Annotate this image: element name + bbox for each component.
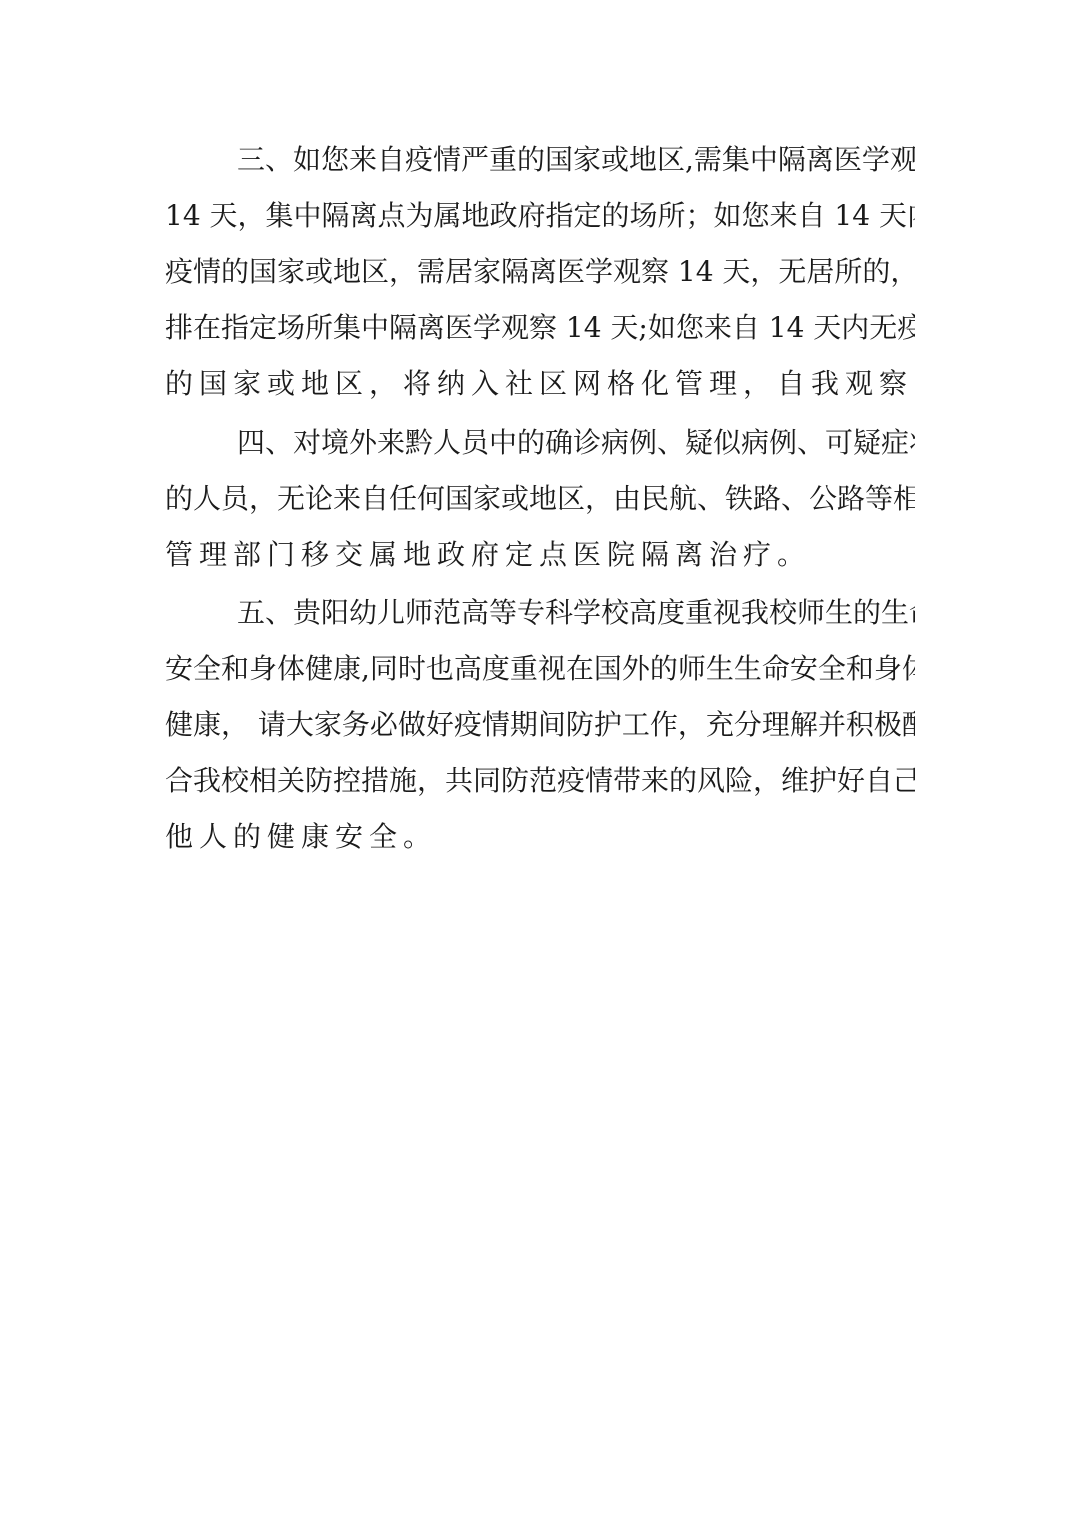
text-line: 健康， 请大家务必做好疫情期间防护工作，充分理解并积极配 [165, 697, 915, 753]
text-line: 14 天，集中隔离点为属地政府指定的场所；如您来自 14 天内有 [165, 188, 915, 244]
text-line: 管理部门移交属地政府定点医院隔离治疗。 [165, 527, 915, 583]
text-line: 五、贵阳幼儿师范高等专科学校高度重视我校师生的生命 [237, 585, 915, 641]
text-line: 的人员，无论来自任何国家或地区，由民航、铁路、公路等相关 [165, 471, 915, 527]
paragraph-section-3: 三、如您来自疫情严重的国家或地区,需集中隔离医学观察 14 天，集中隔离点为属地… [165, 132, 915, 412]
text-line: 合我校相关防控措施，共同防范疫情带来的风险，维护好自己及 [165, 753, 915, 809]
text-line: 四、对境外来黔人员中的确诊病例、疑似病例、可疑症状 [237, 415, 915, 471]
paragraph-section-5: 五、贵阳幼儿师范高等专科学校高度重视我校师生的生命 安全和身体健康,同时也高度重… [165, 585, 915, 865]
text-line: 安全和身体健康,同时也高度重视在国外的师生生命安全和身体 [165, 641, 915, 697]
paragraph-section-4: 四、对境外来黔人员中的确诊病例、疑似病例、可疑症状 的人员，无论来自任何国家或地… [165, 415, 915, 583]
text-line: 他人的健康安全。 [165, 809, 915, 865]
document-page: 三、如您来自疫情严重的国家或地区,需集中隔离医学观察 14 天，集中隔离点为属地… [0, 0, 1080, 1527]
text-line: 疫情的国家或地区，需居家隔离医学观察 14 天，无居所的，安 [165, 244, 915, 300]
text-line: 排在指定场所集中隔离医学观察 14 天;如您来自 14 天内无疫情 [165, 300, 915, 356]
text-line: 三、如您来自疫情严重的国家或地区,需集中隔离医学观察 [237, 132, 915, 188]
text-line: 的国家或地区，将纳入社区网格化管理，自我观察 14 天。 [165, 356, 915, 412]
